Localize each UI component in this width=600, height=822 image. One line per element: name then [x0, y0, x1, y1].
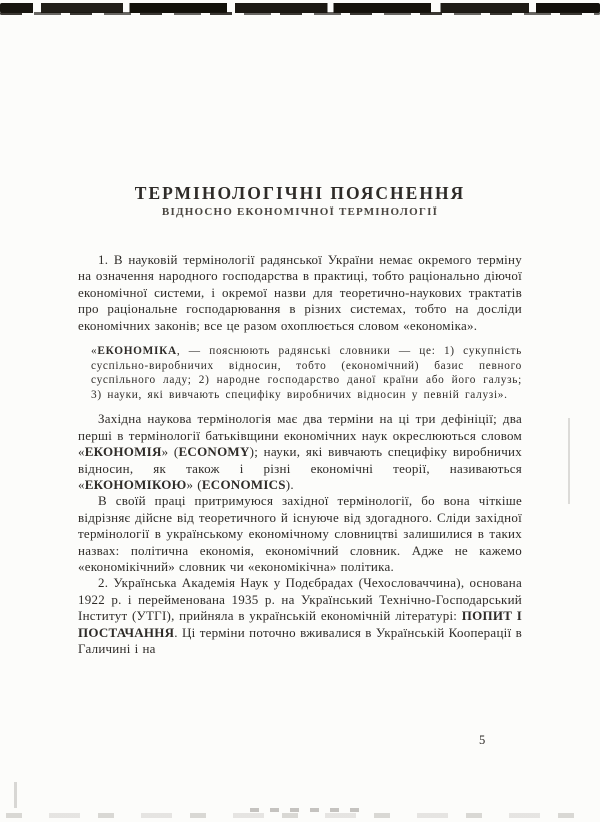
scan-edge-artifact-bottom: [6, 813, 594, 818]
scan-edge-artifact-top: [0, 3, 600, 13]
paragraph-western-terminology: Західна наукова термінологія має два тер…: [78, 411, 522, 493]
scan-speck-cluster: [250, 808, 370, 812]
page-number: 5: [479, 733, 485, 748]
page-content: ТЕРМІНОЛОГІЧНІ ПОЯСНЕННЯ ВІДНОСНО ЕКОНОМ…: [78, 183, 522, 658]
book-page: ТЕРМІНОЛОГІЧНІ ПОЯСНЕННЯ ВІДНОСНО ЕКОНОМ…: [0, 0, 600, 822]
scan-streak-right: [568, 418, 570, 504]
page-subtitle: ВІДНОСНО ЕКОНОМІЧНОЇ ТЕРМІНОЛОГІЇ: [78, 206, 522, 219]
paragraph-dictionary-quote: «ЕКОНОМІКА, — пояснюють радянські словни…: [91, 344, 522, 402]
paragraph-academy: 2. Українська Академія Наук у Подєбрадах…: [78, 575, 522, 657]
scan-speck-left: [14, 782, 17, 808]
paragraph-intro: 1. В науковій термінології радянської Ук…: [78, 252, 522, 334]
paragraph-author-practice: В своїй праці притримуюся західної термі…: [78, 493, 522, 575]
page-title: ТЕРМІНОЛОГІЧНІ ПОЯСНЕННЯ: [78, 183, 522, 203]
